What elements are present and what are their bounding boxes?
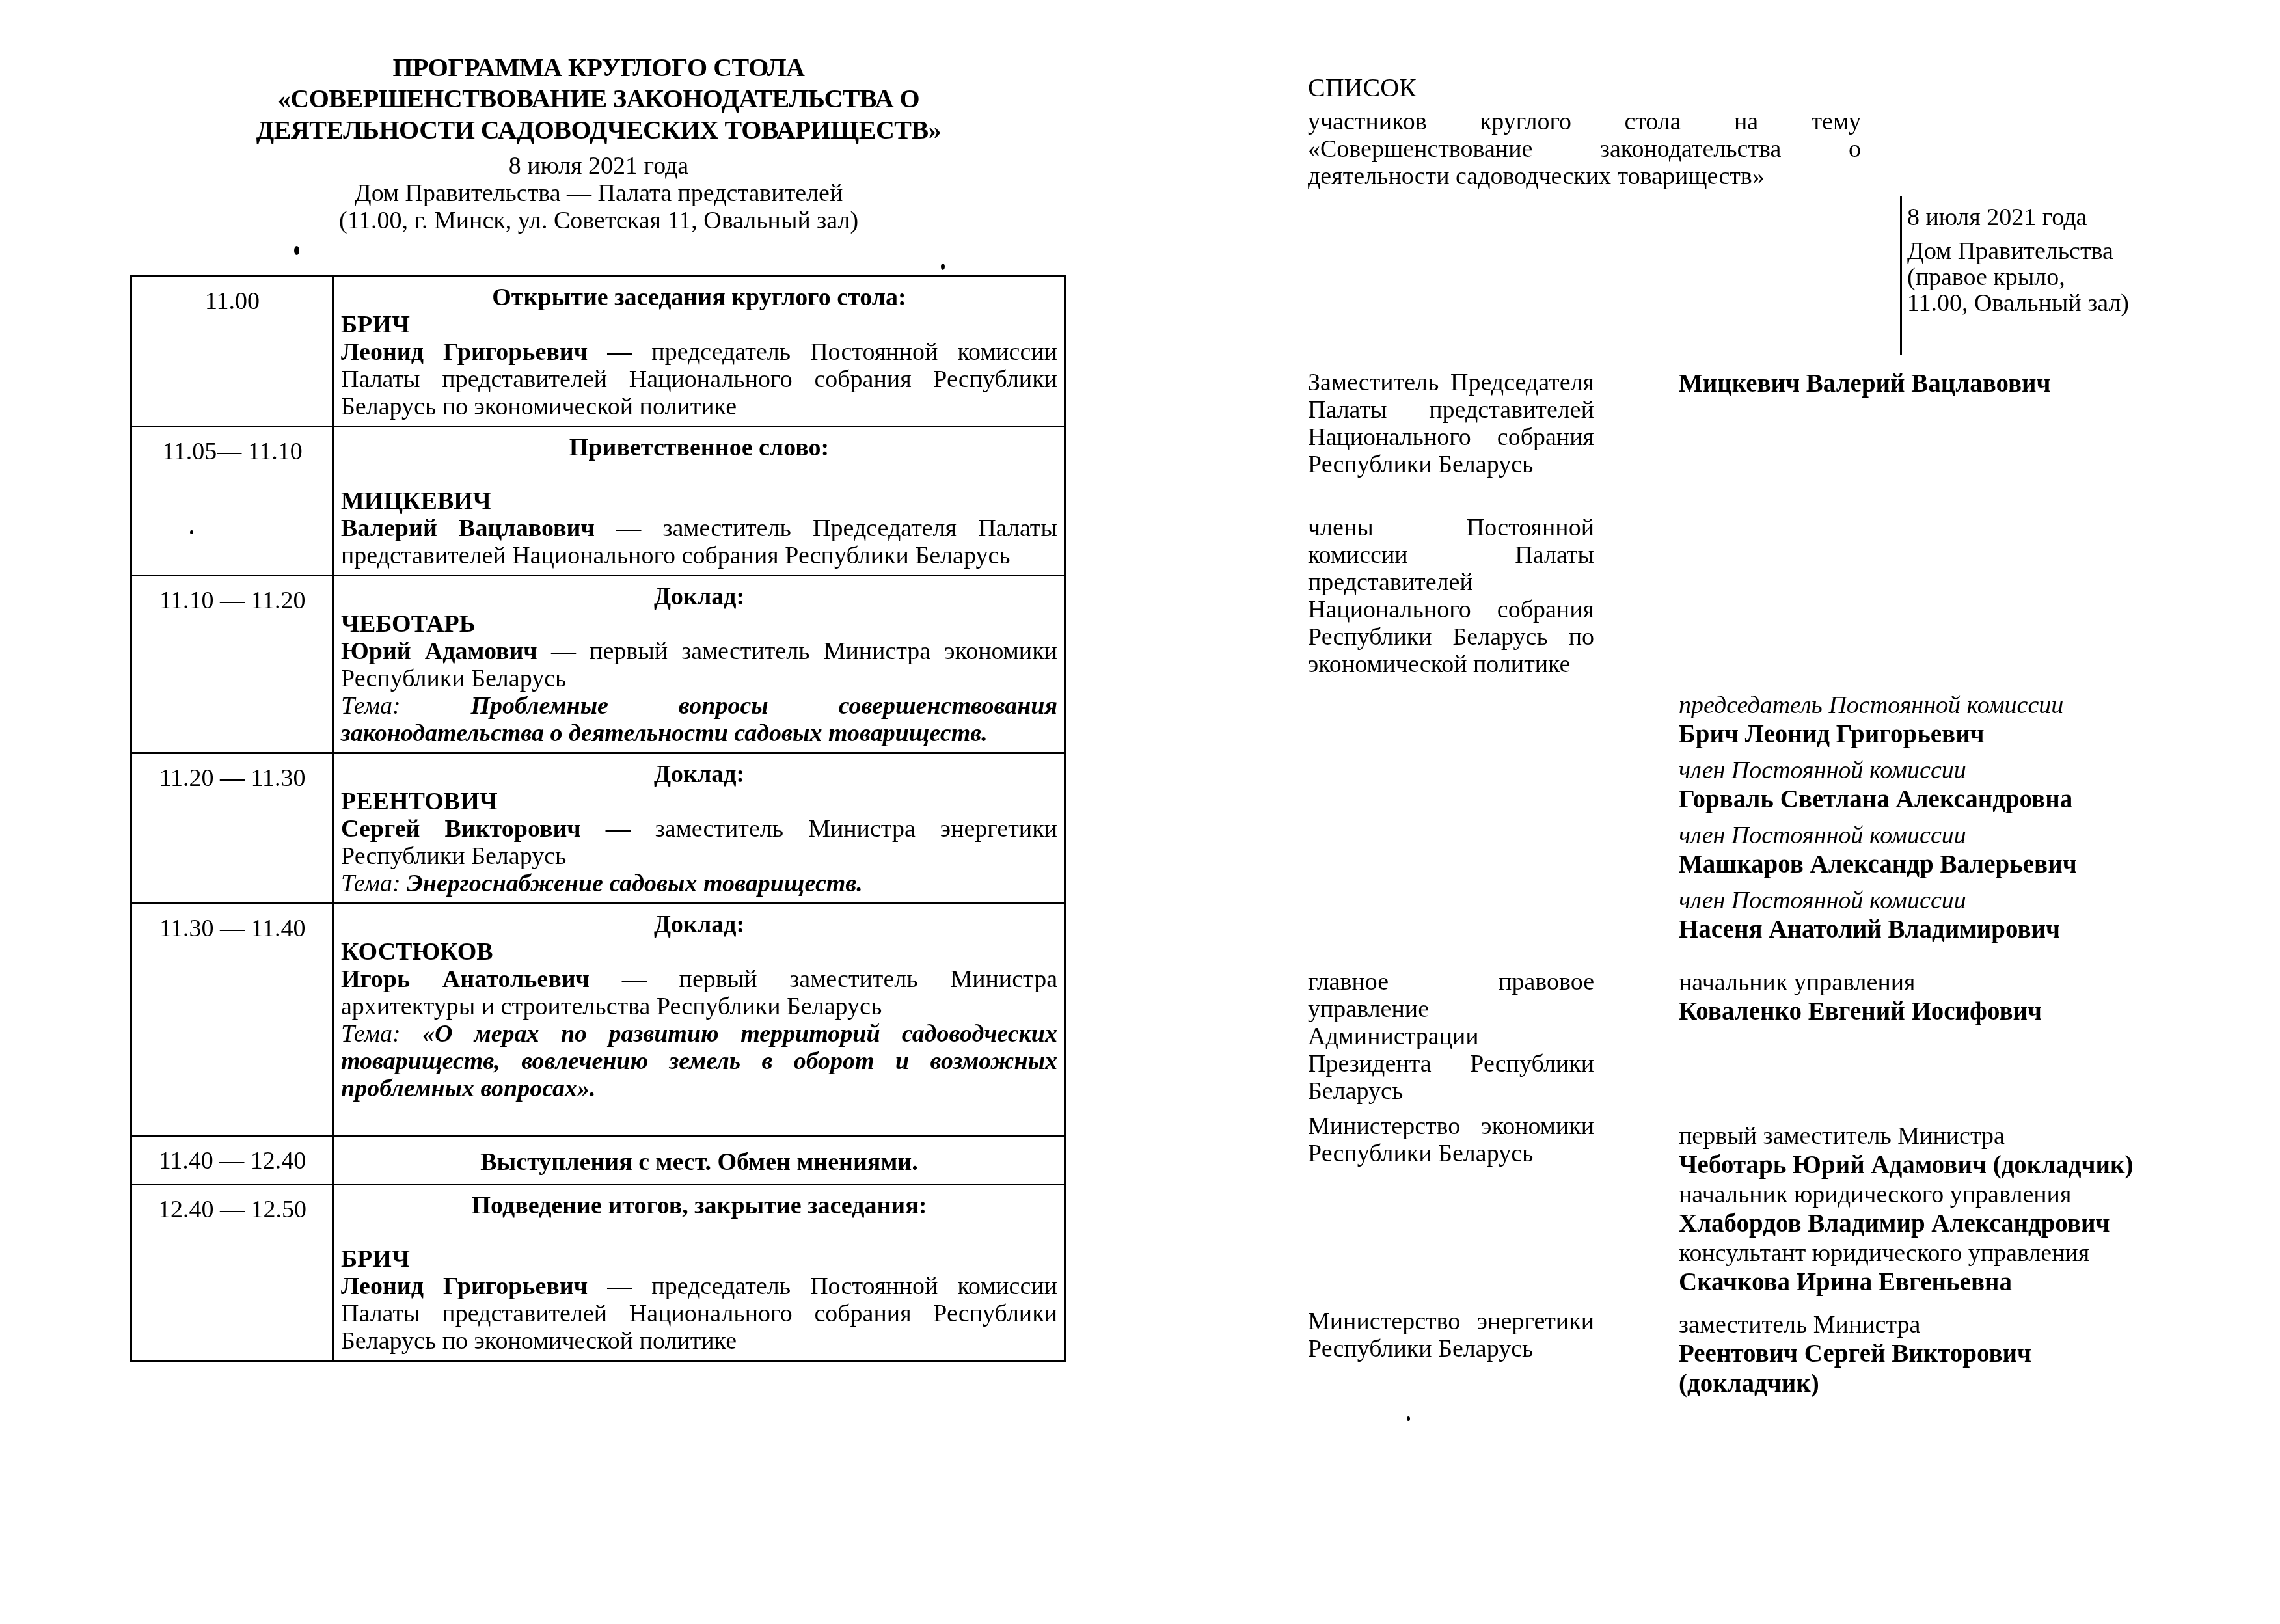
participant-group: главное правовое управление Администраци… — [1308, 968, 2238, 1105]
scan-speck — [294, 246, 299, 255]
people-list: Мицкевич Валерий Вацлавович — [1627, 369, 2238, 478]
program-time: 11.10 — 11.20 — [131, 576, 334, 753]
program-content: Доклад: РЕЕНТОВИЧ Сергей Викторович — за… — [334, 753, 1065, 904]
people-list: начальник управления Коваленко Евгений И… — [1627, 968, 2238, 1105]
list-venue-line: (правое крыло, — [1907, 264, 2180, 290]
program-time: 11.30 — 11.40 — [131, 904, 334, 1136]
program-table: 11.00 Открытие заседания круглого стола:… — [130, 275, 1066, 1362]
person-name: Реентович Сергей Викторович (докладчик) — [1679, 1339, 2082, 1399]
participant-group: Заместитель Председателя Палаты представ… — [1308, 369, 2238, 478]
speaker-given-name: Леонид Григорьевич — [341, 1273, 588, 1300]
program-time: 11.40 — 12.40 — [131, 1136, 334, 1185]
section-title: Доклад: — [341, 761, 1057, 788]
program-content: Доклад: КОСТЮКОВ Игорь Анатольевич — пер… — [334, 904, 1065, 1136]
speaker-description: Сергей Викторович — заместитель Министра… — [341, 815, 1057, 870]
section-title: Открытие заседания круглого стола: — [341, 284, 1057, 311]
topic-text: Энергоснабжение садовых товариществ. — [407, 870, 863, 897]
speaker-surname: БРИЧ — [341, 1245, 1057, 1273]
program-venue: Дом Правительства — Палата представителе… — [124, 180, 1074, 207]
participants-page: СПИСОК участников круглого стола на тему… — [1308, 73, 2238, 190]
program-venue-detail: (11.00, г. Минск, ул. Советская 11, Овал… — [124, 207, 1074, 234]
person-name: Чеботарь Юрий Адамович (докладчик) — [1679, 1150, 2238, 1180]
list-heading: СПИСОК — [1308, 73, 2238, 103]
list-venue-line: Дом Правительства — [1907, 238, 2180, 264]
person-name: Скачкова Ирина Евгеньевна — [1679, 1267, 2238, 1297]
person-role: член Постоянной комиссии — [1679, 756, 2238, 785]
organization: члены Постоянной комиссии Палаты предста… — [1308, 514, 1627, 678]
speaker-given-name: Леонид Григорьевич — [341, 338, 588, 366]
report-topic: Тема: «О мерах по развитию территорий са… — [341, 1020, 1057, 1102]
program-row: 11.05— 11.10 Приветственное слово: МИЦКЕ… — [131, 427, 1065, 576]
program-time: 11.20 — 11.30 — [131, 753, 334, 904]
program-content: Выступления с мест. Обмен мнениями. — [334, 1136, 1065, 1185]
program-title: ПРОГРАММА КРУГЛОГО СТОЛА «СОВЕРШЕНСТВОВА… — [124, 52, 1074, 146]
program-row: 11.10 — 11.20 Доклад: ЧЕБОТАРЬ Юрий Адам… — [131, 576, 1065, 753]
person-role: первый заместитель Министра — [1679, 1122, 2238, 1150]
person-role: заместитель Министра — [1679, 1310, 2238, 1339]
list-venue-block: 8 июля 2021 года Дом Правительства (прав… — [1900, 196, 2180, 355]
speaker-surname: КОСТЮКОВ — [341, 938, 1057, 966]
program-time: 11.05— 11.10 — [131, 427, 334, 576]
report-topic: Тема: Энергоснабжение садовых товарищест… — [341, 870, 1057, 897]
speaker-given-name: Валерий Вацлавович — [341, 515, 595, 542]
organization: главное правовое управление Администраци… — [1308, 968, 1627, 1105]
scan-speck — [1407, 1416, 1410, 1421]
report-topic: Тема: Проблемные вопросы совершенствован… — [341, 692, 1057, 747]
speaker-surname: ЧЕБОТАРЬ — [341, 610, 1057, 638]
program-content: Подведение итогов, закрытие заседания: Б… — [334, 1185, 1065, 1361]
topic-text: «О мерах по развитию территорий садоводч… — [341, 1020, 1057, 1102]
program-title-line: ПРОГРАММА КРУГЛОГО СТОЛА — [124, 52, 1074, 83]
speaker-given-name: Юрий Адамович — [341, 638, 537, 665]
program-time: 11.00 — [131, 277, 334, 427]
speaker-given-name: Сергей Викторович — [341, 815, 581, 843]
section-title: Доклад: — [341, 583, 1057, 610]
program-date: 8 июля 2021 года — [124, 152, 1074, 180]
program-row: 11.20 — 11.30 Доклад: РЕЕНТОВИЧ Сергей В… — [131, 753, 1065, 904]
speaker-surname: МИЦКЕВИЧ — [341, 487, 1057, 515]
organization: Заместитель Председателя Палаты представ… — [1308, 369, 1627, 478]
speaker-description: Игорь Анатольевич — первый заместитель М… — [341, 966, 1057, 1020]
person-role: начальник управления — [1679, 968, 2238, 997]
speaker-description: Валерий Вацлавович — заместитель Председ… — [341, 515, 1057, 569]
speaker-description: Леонид Григорьевич — председатель Постоя… — [341, 338, 1057, 420]
list-venue-line: 11.00, Овальный зал) — [1907, 290, 2180, 316]
organization: Министерство экономики Республики Белару… — [1308, 1113, 1627, 1304]
person-name: Брич Леонид Григорьевич — [1679, 720, 2238, 750]
speaker-given-name: Игорь Анатольевич — [341, 966, 590, 993]
people-list: председатель Постоянной комиссии Брич Ле… — [1627, 691, 2238, 951]
person-name: Машкаров Александр Валерьевич — [1679, 850, 2238, 880]
scan-speck — [190, 530, 193, 534]
participant-group: председатель Постоянной комиссии Брич Ле… — [1308, 691, 2238, 951]
speaker-surname: БРИЧ — [341, 311, 1057, 338]
section-title: Подведение итогов, закрытие заседания: — [341, 1192, 1057, 1219]
program-row: 11.00 Открытие заседания круглого стола:… — [131, 277, 1065, 427]
person-name: Коваленко Евгений Иосифович — [1679, 997, 2238, 1027]
people-list: заместитель Министра Реентович Сергей Ви… — [1627, 1308, 2238, 1405]
person-role: консультант юридического управления — [1679, 1239, 2238, 1267]
person-name: Мицкевич Валерий Вацлавович — [1679, 369, 2238, 399]
organization — [1308, 691, 1627, 951]
program-row: 11.40 — 12.40 Выступления с мест. Обмен … — [131, 1136, 1065, 1185]
people-list: первый заместитель Министра Чеботарь Юри… — [1627, 1113, 2238, 1304]
speaker-description: Леонид Григорьевич — председатель Постоя… — [341, 1273, 1057, 1355]
person-role: член Постоянной комиссии — [1679, 886, 2238, 915]
program-content: Доклад: ЧЕБОТАРЬ Юрий Адамович — первый … — [334, 576, 1065, 753]
program-title-line: «СОВЕРШЕНСТВОВАНИЕ ЗАКОНОДАТЕЛЬСТВА О — [124, 83, 1074, 115]
program-content: Открытие заседания круглого стола: БРИЧ … — [334, 277, 1065, 427]
program-title-line: ДЕЯТЕЛЬНОСТИ САДОВОДЧЕСКИХ ТОВАРИЩЕСТВ» — [124, 115, 1074, 146]
organization: Министерство энергетики Республики Белар… — [1308, 1308, 1627, 1405]
program-time: 12.40 — 12.50 — [131, 1185, 334, 1361]
participant-group: Министерство экономики Республики Белару… — [1308, 1113, 2238, 1304]
topic-label: Тема: — [341, 1020, 422, 1048]
person-role: начальник юридического управления — [1679, 1180, 2238, 1209]
program-content: Приветственное слово: МИЦКЕВИЧ Валерий В… — [334, 427, 1065, 576]
person-name: Горваль Светлана Александровна — [1679, 785, 2238, 815]
scan-speck — [941, 264, 945, 270]
section-title: Приветственное слово: — [341, 434, 1057, 461]
person-role: председатель Постоянной комиссии — [1679, 691, 2238, 720]
speaker-description: Юрий Адамович — первый заместитель Минис… — [341, 638, 1057, 692]
participant-group: Министерство энергетики Республики Белар… — [1308, 1308, 2238, 1405]
list-subheading: участников круглого стола на тему «Совер… — [1308, 108, 1861, 190]
person-name: Насеня Анатолий Владимирович — [1679, 915, 2238, 945]
people-list — [1627, 514, 2238, 678]
section-title: Выступления с мест. Обмен мнениями. — [341, 1143, 1057, 1178]
participant-group: члены Постоянной комиссии Палаты предста… — [1308, 514, 2238, 678]
section-title: Доклад: — [341, 911, 1057, 938]
person-role: член Постоянной комиссии — [1679, 821, 2238, 850]
program-row: 11.30 — 11.40 Доклад: КОСТЮКОВ Игорь Ана… — [131, 904, 1065, 1136]
program-row: 12.40 — 12.50 Подведение итогов, закрыти… — [131, 1185, 1065, 1361]
topic-label: Тема: — [341, 692, 471, 720]
person-name: Хлабордов Владимир Александрович — [1679, 1209, 2238, 1239]
list-date: 8 июля 2021 года — [1907, 204, 2180, 230]
program-page: ПРОГРАММА КРУГЛОГО СТОЛА «СОВЕРШЕНСТВОВА… — [124, 52, 1074, 234]
speaker-surname: РЕЕНТОВИЧ — [341, 788, 1057, 815]
topic-label: Тема: — [341, 870, 407, 897]
